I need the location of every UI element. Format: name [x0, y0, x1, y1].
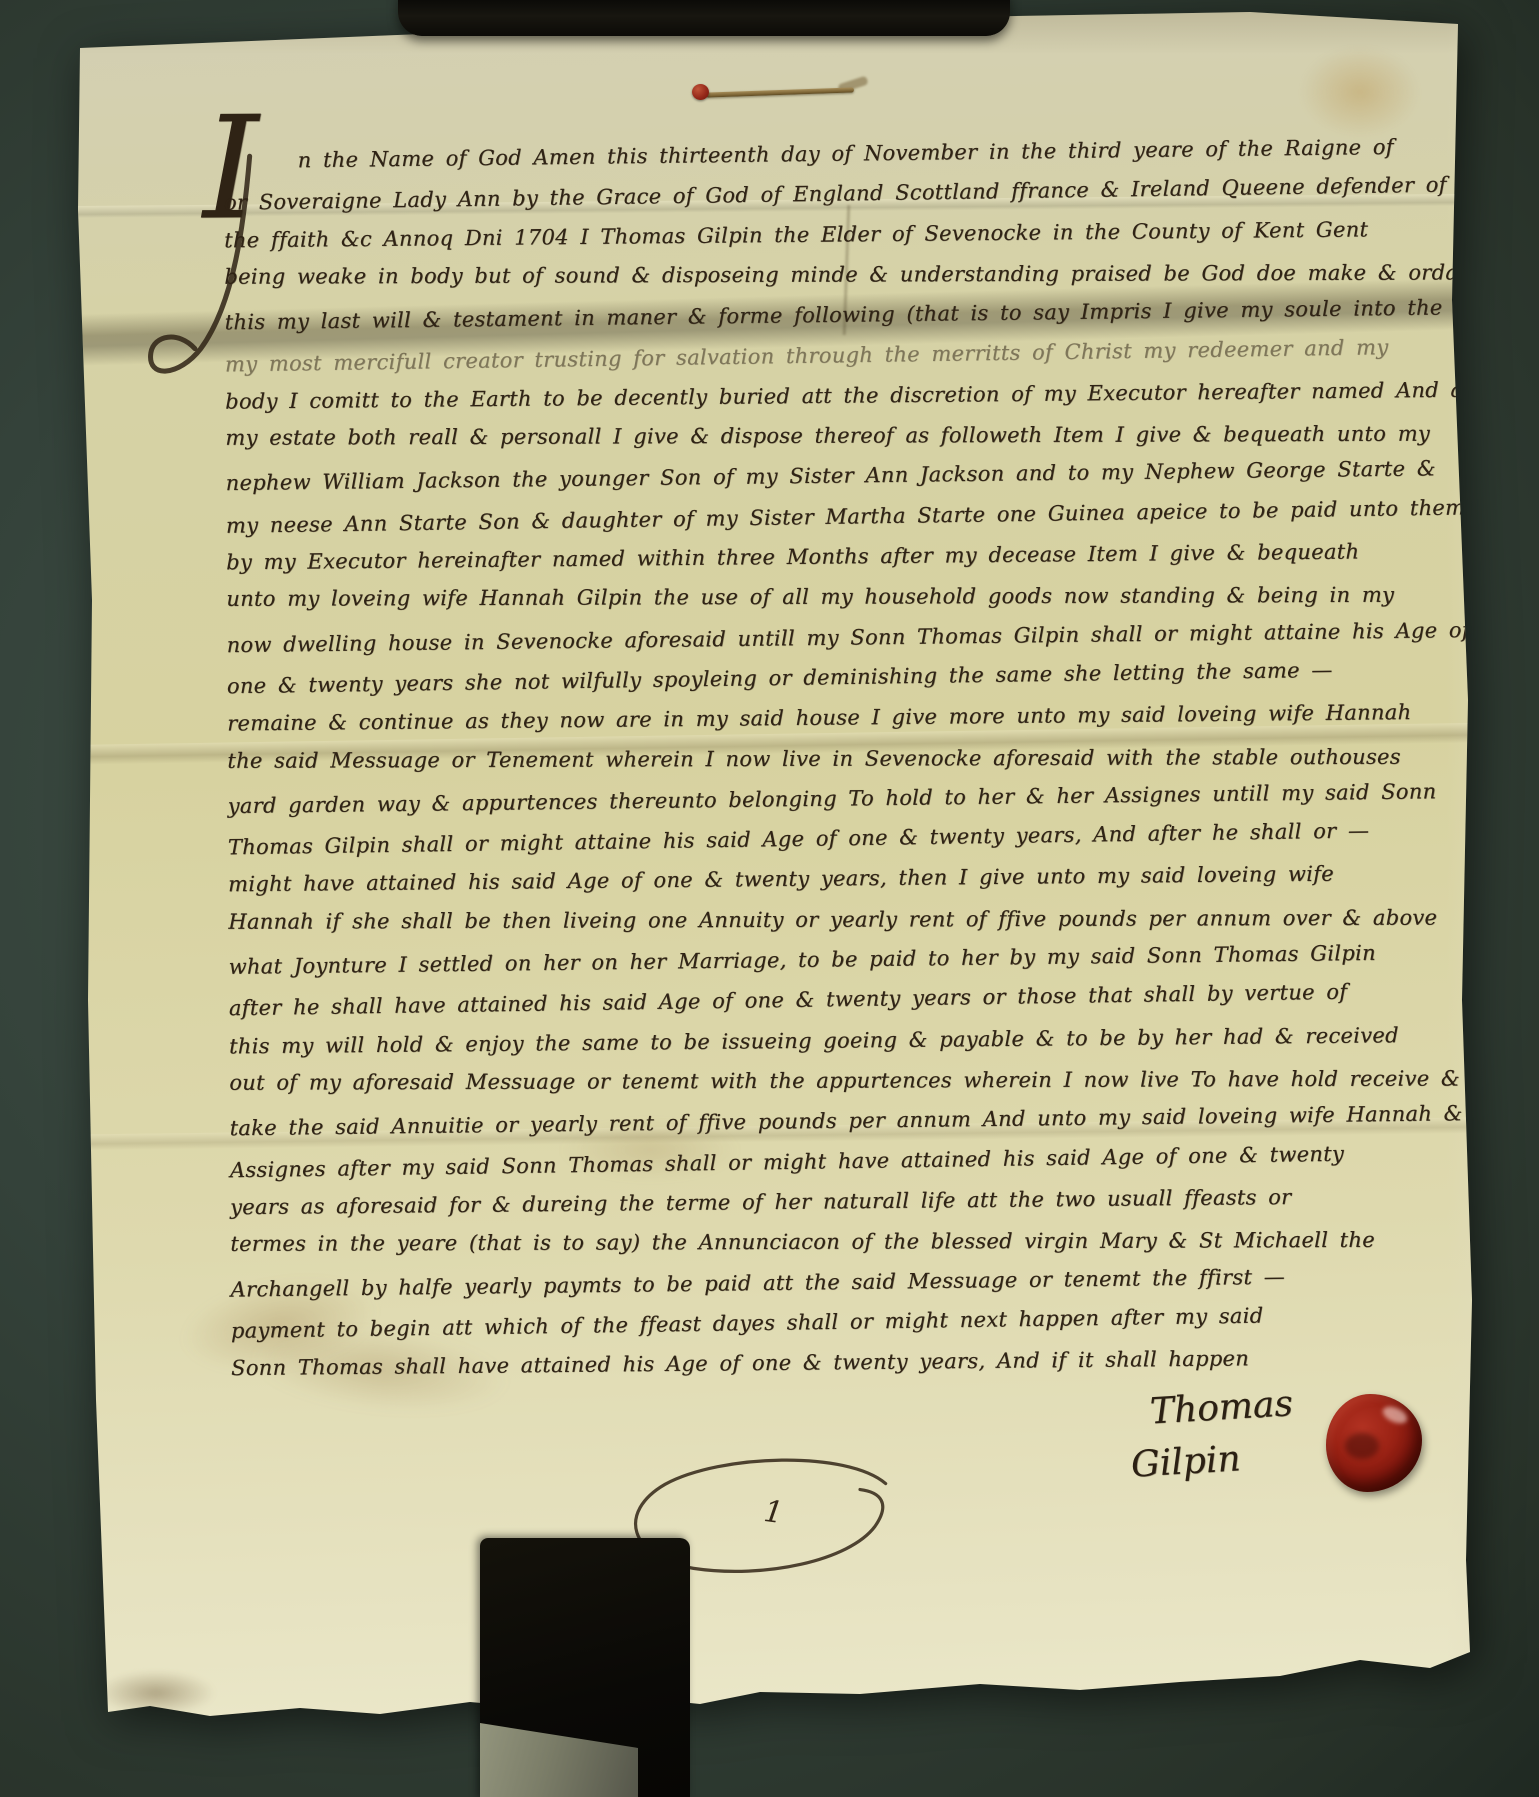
manuscript-line: my estate both reall & personall I give … [225, 421, 1430, 451]
manuscript-line: Archangell by halfe yearly paymts to be … [230, 1264, 1285, 1303]
manuscript-line: unto my loveing wife Hannah Gilpin the u… [226, 582, 1394, 612]
signature-first-name: Thomas [1149, 1378, 1295, 1438]
manuscript-line: yard garden way & appurtences thereunto … [227, 778, 1436, 819]
manuscript-line: Assignes after my said Sonn Thomas shall… [230, 1141, 1345, 1184]
manuscript-line: what Joynture I settled on her on her Ma… [228, 940, 1376, 980]
paper-weight-base [480, 1696, 638, 1797]
manuscript-line: or Soveraigne Lady Ann by the Grace of G… [224, 172, 1447, 216]
paper-weight-top-icon [398, 0, 1010, 36]
manuscript-line: remaine & continue as they now are in my… [227, 699, 1411, 736]
manuscript-line: years as aforesaid for & dureing the ter… [230, 1184, 1292, 1220]
manuscript-line: might have attained his said Age of one … [228, 861, 1334, 898]
manuscript-line: after he shall have attained his said Ag… [229, 979, 1348, 1022]
manuscript-line: this my will hold & enjoy the same to be… [229, 1022, 1399, 1059]
manuscript-line: by my Executor hereinafter named within … [226, 538, 1359, 575]
manuscript-line: termes in the yeare (that is to say) the… [230, 1227, 1375, 1257]
manuscript-line: take the said Annuitie or yearly rent of… [229, 1100, 1511, 1142]
manuscript-line: the ffaith &c Annoq Dni 1704 I Thomas Gi… [224, 216, 1368, 253]
paper-weight-bottom-icon [480, 1538, 690, 1797]
fastening-pin-icon [692, 80, 872, 110]
manuscript-line: this my last will & testament in maner &… [225, 294, 1520, 336]
manuscript-line: Sonn Thomas shall have attained his Age … [231, 1345, 1249, 1381]
manuscript-line: one & twenty years she not wilfully spoy… [227, 657, 1333, 699]
manuscript-paper: I n the Name of God Amen this thirteenth… [0, 0, 1539, 1797]
manuscript-line: nephew William Jackson the younger Son o… [226, 455, 1436, 496]
manuscript-line: my most mercifull creator trusting for s… [225, 334, 1389, 377]
manuscript-line: out of my aforesaid Messuage or tenemt w… [229, 1065, 1460, 1095]
photograph-of-manuscript: { "colors": { "backdrop_green": "#34423a… [0, 0, 1539, 1797]
manuscript-line: n the Name of God Amen this thirteenth d… [298, 134, 1394, 173]
manuscript-line: payment to begin att which of the ffeast… [231, 1303, 1264, 1344]
pin-shaft [706, 87, 854, 97]
manuscript-text: I n the Name of God Amen this thirteenth… [0, 0, 1539, 1797]
pin-head [692, 84, 709, 100]
signature-last-name: Gilpin [1130, 1430, 1298, 1492]
manuscript-line: being weake in body but of sound & dispo… [224, 259, 1491, 289]
manuscript-line: the said Messuage or Tenement wherein I … [227, 744, 1401, 774]
paper-wrap: I n the Name of God Amen this thirteenth… [0, 0, 1539, 1797]
manuscript-line: body I comitt to the Earth to be decentl… [225, 376, 1508, 414]
manuscript-line: now dwelling house in Sevenocke aforesai… [226, 617, 1470, 658]
manuscript-line: Hannah if she shall be then liveing one … [228, 905, 1437, 935]
manuscript-line: my neese Ann Starte Son & daughter of my… [226, 494, 1466, 538]
manuscript-line: Thomas Gilpin shall or might attaine his… [228, 817, 1370, 860]
signature: Thomas Gilpin [1149, 1378, 1298, 1490]
